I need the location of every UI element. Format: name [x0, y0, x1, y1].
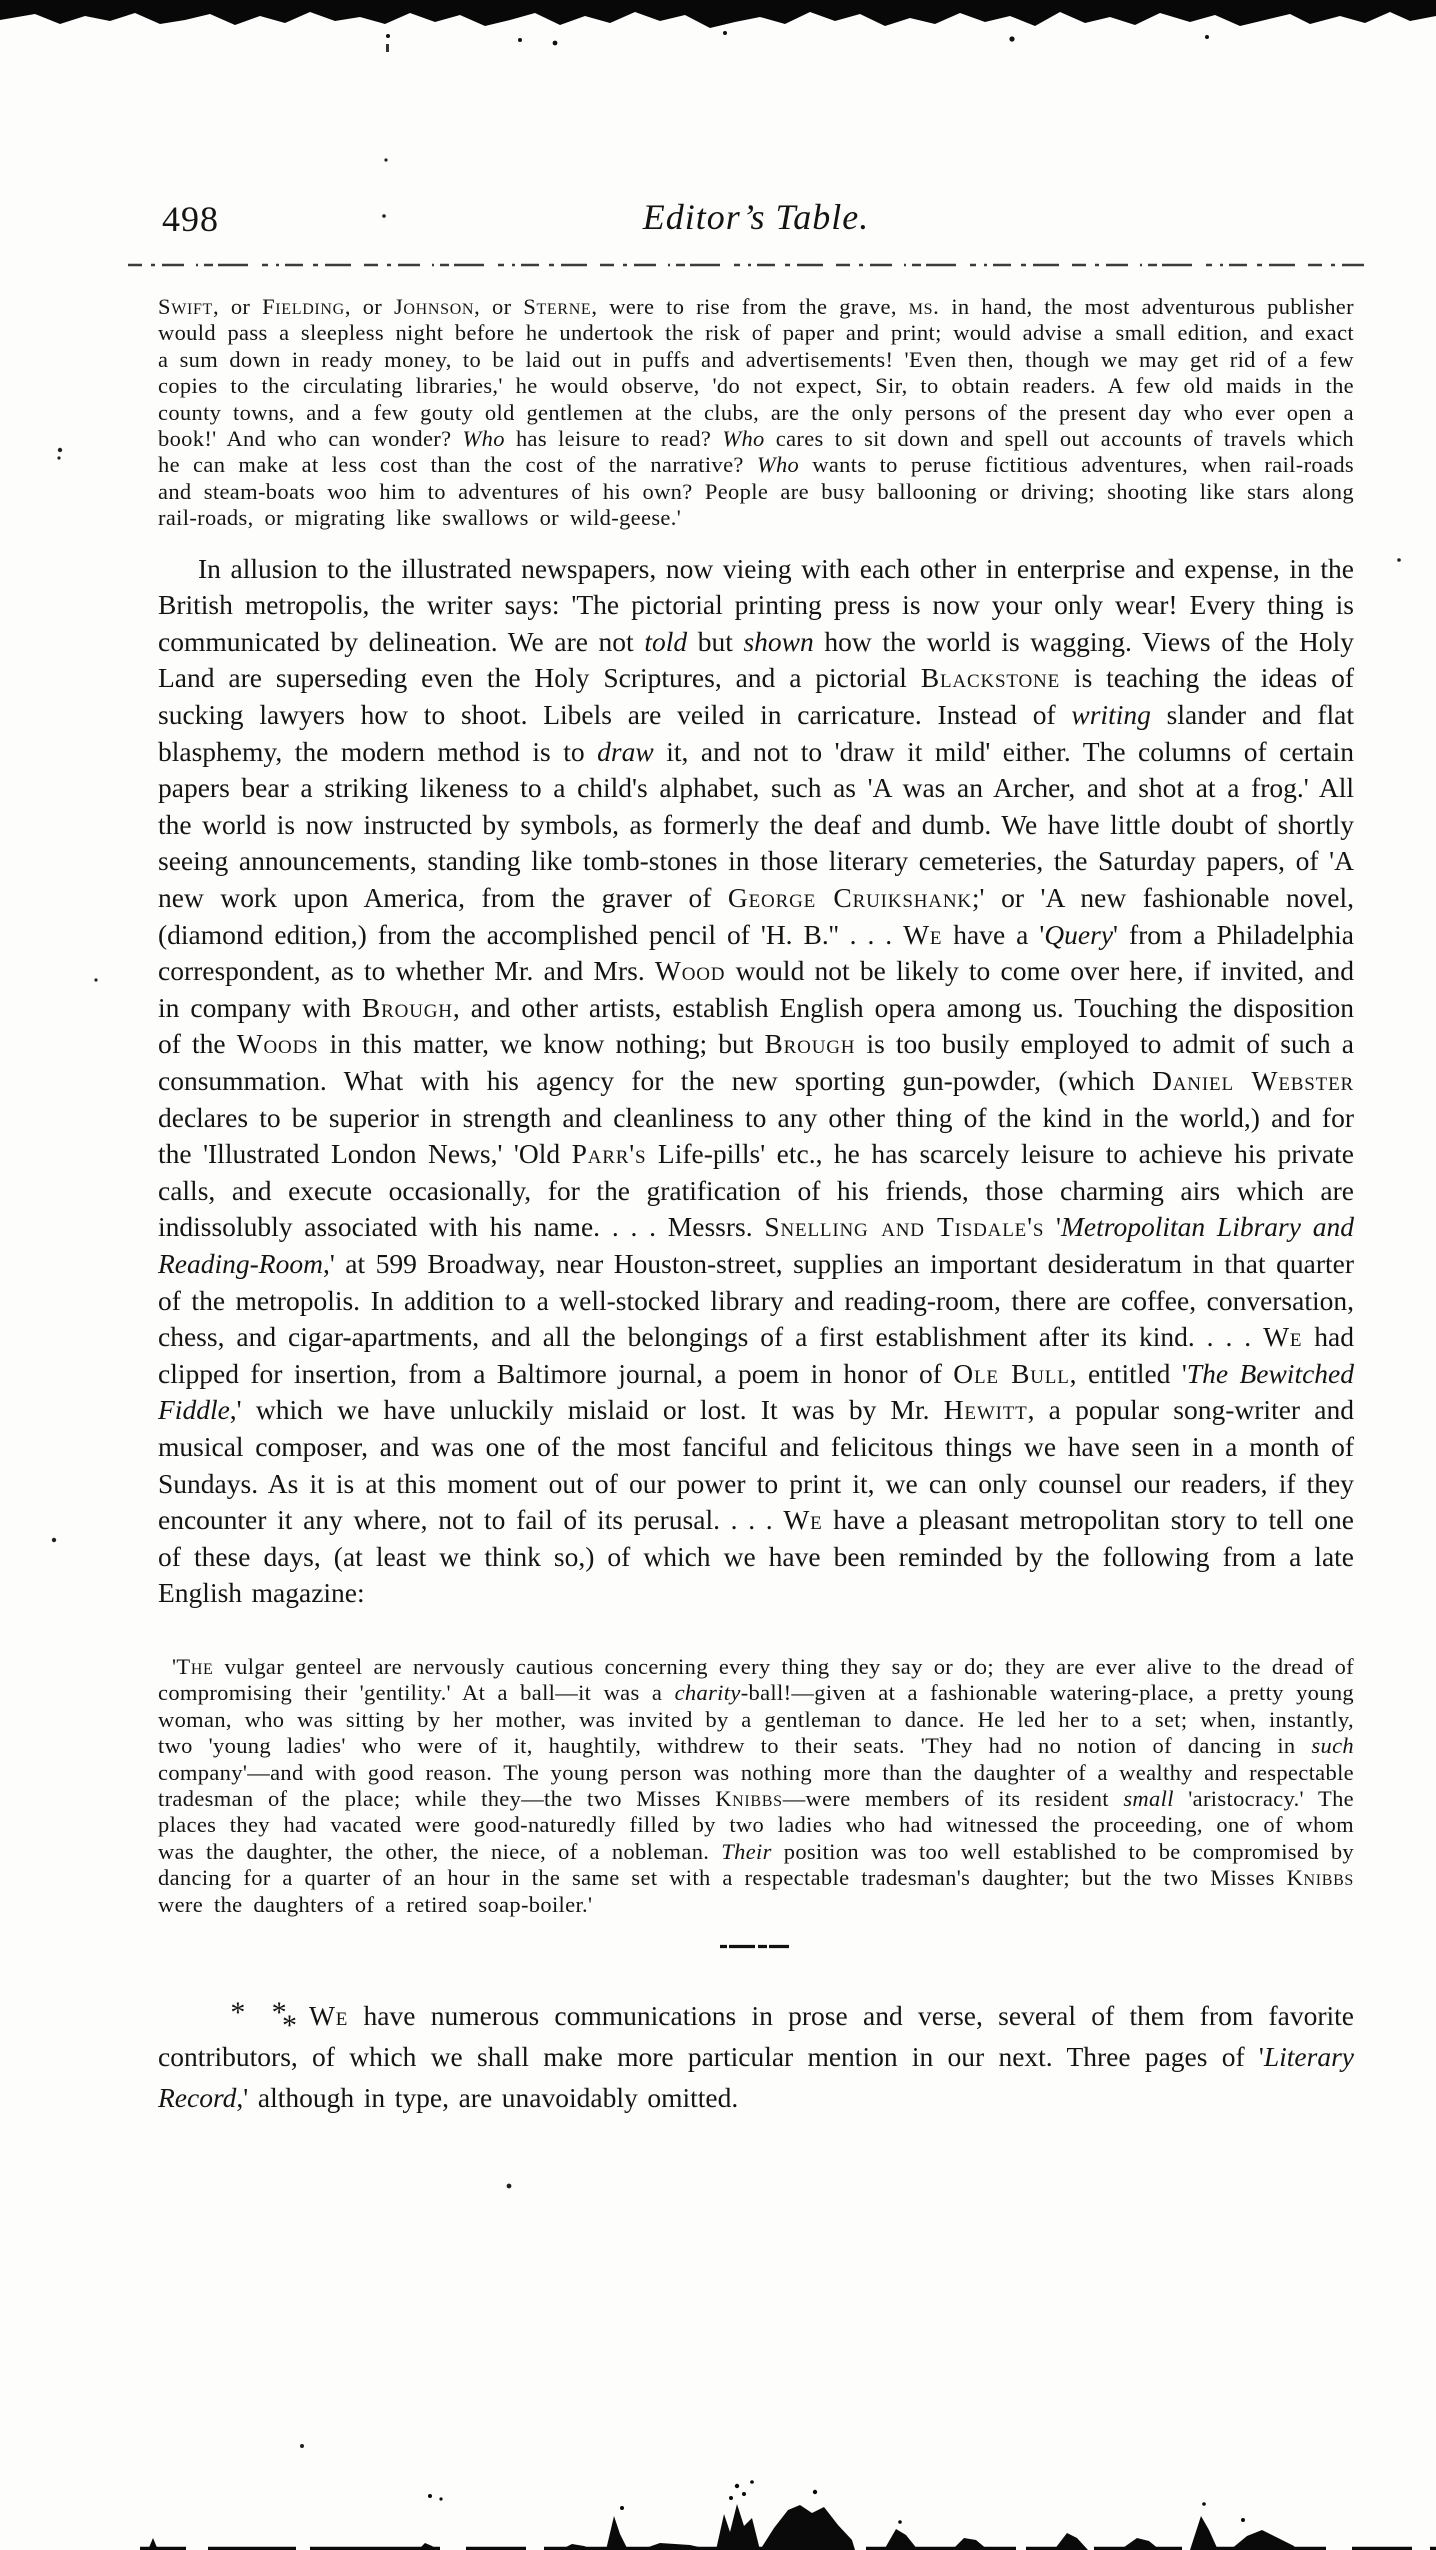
text-segment: Brough — [362, 992, 453, 1023]
text-segment: Parr's — [572, 1138, 647, 1169]
running-title: Editor’s Table. — [158, 196, 1354, 238]
notice-text: We have numerous communications in prose… — [158, 2000, 1354, 2113]
text-segment: Fielding — [262, 294, 345, 319]
text-segment: Their — [721, 1839, 771, 1864]
text-segment: Daniel Webster — [1152, 1065, 1354, 1096]
page-header: 498 Editor’s Table. — [158, 196, 1354, 242]
text-segment: ms. — [909, 294, 940, 319]
text-segment: , or — [345, 294, 394, 319]
text-segment: Woods — [237, 1028, 319, 1059]
text-segment: writing — [1071, 699, 1150, 730]
text-segment: small — [1123, 1786, 1173, 1811]
text-segment: Who — [757, 452, 799, 477]
scanned-magazine-page: 498 Editor’s Table. Swift, or Fielding, … — [0, 0, 1436, 2550]
text-segment: George Cruikshank — [728, 882, 972, 913]
text-segment: The — [176, 1654, 213, 1679]
text-segment: in this matter, we know nothing; but — [319, 1028, 765, 1059]
text-segment: Query — [1044, 919, 1113, 950]
text-segment: charity — [675, 1680, 741, 1705]
text-segment: Sterne — [523, 294, 591, 319]
text-segment: has leisure to read? — [505, 426, 723, 451]
asterism-mark: * ** — [220, 2006, 297, 2032]
paragraph-editorial-body: In allusion to the illustrated newspaper… — [158, 551, 1354, 1612]
text-segment: Swift — [158, 294, 213, 319]
text-segment: ,' although in type, are unavoidably omi… — [236, 2082, 738, 2113]
text-segment: but — [687, 626, 743, 657]
text-segment: were the daughters of a retired soap-boi… — [158, 1892, 592, 1917]
scan-edge-top — [0, 0, 1436, 60]
text-segment: Knibbs — [1287, 1865, 1354, 1890]
text-segment: Johnson — [394, 294, 474, 319]
text-segment: ,' at 599 Broadway, near Houston-street,… — [158, 1248, 1354, 1352]
text-segment: Hewitt — [944, 1394, 1028, 1425]
text-segment: Blackstone — [921, 662, 1060, 693]
text-segment: Wood — [655, 955, 725, 986]
text-segment: have a ' — [942, 919, 1044, 950]
text-segment: Who — [463, 426, 505, 451]
paragraph-editor-notice: * **We have numerous communications in p… — [158, 1995, 1354, 2118]
paragraph-anecdote: 'The vulgar genteel are nervously cautio… — [158, 1654, 1354, 1918]
text-segment: Who — [722, 426, 764, 451]
text-segment: , were to rise from the grave, — [591, 294, 908, 319]
text-segment: Knibbs — [715, 1786, 782, 1811]
header-rule — [128, 262, 1364, 268]
text-segment: , entitled ' — [1070, 1358, 1187, 1389]
scan-edge-bottom — [0, 2480, 1436, 2550]
text-segment: Snelling and Tisdale's — [764, 1211, 1044, 1242]
section-divider-rule — [720, 1944, 792, 1949]
text-segment: shown — [743, 626, 813, 657]
text-segment: Brough — [765, 1028, 856, 1059]
text-segment: , or — [213, 294, 262, 319]
text-column: 498 Editor’s Table. Swift, or Fielding, … — [158, 196, 1354, 2118]
paragraph-excerpt-swift: Swift, or Fielding, or Johnson, or Stern… — [158, 294, 1354, 532]
text-segment: We — [783, 1504, 822, 1535]
text-segment: Ole Bull — [953, 1358, 1069, 1389]
text-segment: —were members of its resident — [783, 1786, 1124, 1811]
text-segment: ,' which we have unluckily mislaid or lo… — [230, 1394, 944, 1425]
text-segment: , or — [474, 294, 523, 319]
text-segment: told — [644, 626, 687, 657]
page-number: 498 — [162, 198, 219, 240]
text-segment: such — [1311, 1733, 1354, 1758]
text-segment: draw — [597, 736, 654, 767]
text-segment: ' — [1044, 1211, 1061, 1242]
text-segment: We — [903, 919, 942, 950]
text-segment: We — [309, 2000, 348, 2031]
text-segment: We — [1263, 1321, 1302, 1352]
